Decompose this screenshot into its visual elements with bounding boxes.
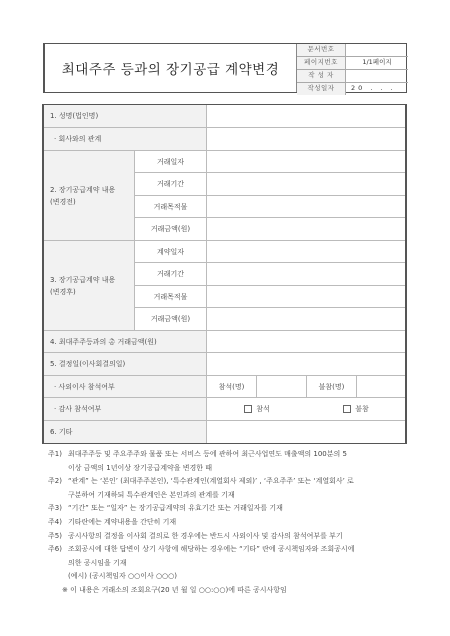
section2-date-field[interactable] [207, 151, 405, 173]
total-amount-label: 4. 최대주주등과의 총 거래금액(원) [44, 331, 207, 353]
date-field[interactable]: 20 . . . [346, 83, 408, 95]
note-key: 주6) [48, 543, 68, 557]
note-item: 주5) 공시사항의 결정을 이사회 결의로 한 경우에는 반드시 사외이사 및 … [48, 530, 418, 544]
section2-object-field[interactable] [207, 196, 405, 218]
page-number-value: 1/1페이지 [346, 57, 408, 69]
info-key: 작성일자 [297, 83, 346, 95]
document-info-panel: 문서번호 페이지번호 1/1페이지 작 성 자 작성일자 20 . . . [296, 44, 408, 92]
author-field[interactable] [346, 70, 408, 82]
form-table: 1. 성명(법인명) · 회사와의 관계 2. 장기공급계약 내용 (변경전) … [42, 104, 407, 444]
note-continuation: 이상 금액의 1년이상 장기공급계약을 변경한 때 [48, 462, 418, 476]
info-key: 문서번호 [297, 44, 346, 56]
checkbox-icon[interactable] [244, 405, 252, 413]
auditor-absent-option[interactable]: 불참 [307, 398, 405, 421]
footnote: ※ 이 내용은 거래소의 조회요구(20 년 월 일 ○○:○○)에 따른 공시… [48, 584, 418, 598]
section3-date-field[interactable] [207, 241, 405, 263]
section3-item-amount: 거래금액(원) [135, 308, 207, 331]
note-continuation: 의한 공시임을 기재 [48, 557, 418, 571]
auditor-attend-option[interactable]: 참석 [207, 398, 307, 421]
info-row-doc-number: 문서번호 [297, 44, 408, 57]
attend-count-label: 참석(명) [207, 376, 257, 398]
section3-item-period: 거래기간 [135, 263, 207, 286]
auditor-absent-label: 불참 [355, 404, 369, 414]
note-key: 주4) [48, 516, 68, 530]
info-key: 페이지번호 [297, 57, 346, 69]
note-text: 공시사항의 결정을 이사회 결의로 한 경우에는 반드시 사외이사 및 감사의 … [68, 530, 418, 544]
note-key: 주2) [48, 475, 68, 489]
note-text: 기타란에는 계약내용을 간단히 기재 [68, 516, 418, 530]
section2-item-object: 거래목적물 [135, 196, 207, 218]
section3-item-object: 거래목적물 [135, 286, 207, 308]
info-row-author: 작 성 자 [297, 70, 408, 83]
absent-count-field[interactable] [357, 376, 405, 398]
note-key: 주1) [48, 448, 68, 462]
note-text: “기간” 또는 “일자” 는 장기공급계약의 유효기간 또는 거래일자를 기재 [68, 502, 418, 516]
auditor-label: · 감사 참석여부 [44, 398, 207, 421]
note-item: 주3) “기간” 또는 “일자” 는 장기공급계약의 유효기간 또는 거래일자를… [48, 502, 418, 516]
section2-period-field[interactable] [207, 173, 405, 196]
section2-item-period: 거래기간 [135, 173, 207, 196]
section3-label: 3. 장기공급계약 내용 (변경후) [44, 241, 135, 331]
note-item: 주4) 기타란에는 계약내용을 간단히 기재 [48, 516, 418, 530]
info-row-page-number: 페이지번호 1/1페이지 [297, 57, 408, 70]
name-label: 1. 성명(법인명) [44, 105, 207, 128]
checkbox-icon[interactable] [343, 405, 351, 413]
info-row-date: 작성일자 20 . . . [297, 83, 408, 95]
attend-count-field[interactable] [257, 376, 307, 398]
notes-section: 주1) 최대주주등 및 주요주주와 물품 또는 서비스 등에 관하여 최근사업연… [48, 448, 418, 598]
relation-field[interactable] [207, 128, 405, 151]
note-key: 주5) [48, 530, 68, 544]
total-amount-field[interactable] [207, 331, 405, 353]
outside-director-label: · 사외이사 참석여부 [44, 376, 207, 398]
note-example: (예시) (공시책임자 ○○이사 ○○○) [48, 570, 418, 584]
doc-number-field[interactable] [346, 44, 408, 56]
document-header: 최대주주 등과의 장기공급 계약변경 문서번호 페이지번호 1/1페이지 작 성… [43, 43, 407, 93]
section2-label: 2. 장기공급계약 내용 (변경전) [44, 151, 135, 241]
section3-period-field[interactable] [207, 263, 405, 286]
note-item: 주2) “관계” 는 ‘본인’ (최대주주본인), ‘특수관계인(계열회사 제외… [48, 475, 418, 489]
note-key: 주3) [48, 502, 68, 516]
section3-amount-field[interactable] [207, 308, 405, 331]
auditor-attend-label: 참석 [256, 404, 270, 414]
section2-item-amount: 거래금액(원) [135, 218, 207, 241]
relation-label: · 회사와의 관계 [44, 128, 207, 151]
etc-label: 6. 기타 [44, 421, 207, 443]
section2-item-date: 거래일자 [135, 151, 207, 173]
note-text: 최대주주등 및 주요주주와 물품 또는 서비스 등에 관하여 최근사업연도 매출… [68, 448, 418, 462]
decision-date-field[interactable] [207, 353, 405, 376]
note-text: “관계” 는 ‘본인’ (최대주주본인), ‘특수관계인(계열회사 제외)’ ,… [68, 475, 418, 489]
note-item: 주6) 조회공시에 대한 답변이 상기 사항에 해당하는 경우에는 “기타” 란… [48, 543, 418, 557]
name-field[interactable] [207, 105, 405, 128]
document-title: 최대주주 등과의 장기공급 계약변경 [45, 44, 296, 92]
absent-count-label: 불참(명) [307, 376, 357, 398]
section2-amount-field[interactable] [207, 218, 405, 241]
section3-item-date: 계약일자 [135, 241, 207, 263]
etc-field[interactable] [207, 421, 405, 443]
note-continuation: 구분하여 기재하되 특수관계인은 본인과의 관계를 기재 [48, 489, 418, 503]
note-item: 주1) 최대주주등 및 주요주주와 물품 또는 서비스 등에 관하여 최근사업연… [48, 448, 418, 462]
section3-object-field[interactable] [207, 286, 405, 308]
note-text: 조회공시에 대한 답변이 상기 사항에 해당하는 경우에는 “기타” 란에 공시… [68, 543, 418, 557]
decision-date-label: 5. 결정일(이사회결의일) [44, 353, 207, 376]
info-key: 작 성 자 [297, 70, 346, 82]
